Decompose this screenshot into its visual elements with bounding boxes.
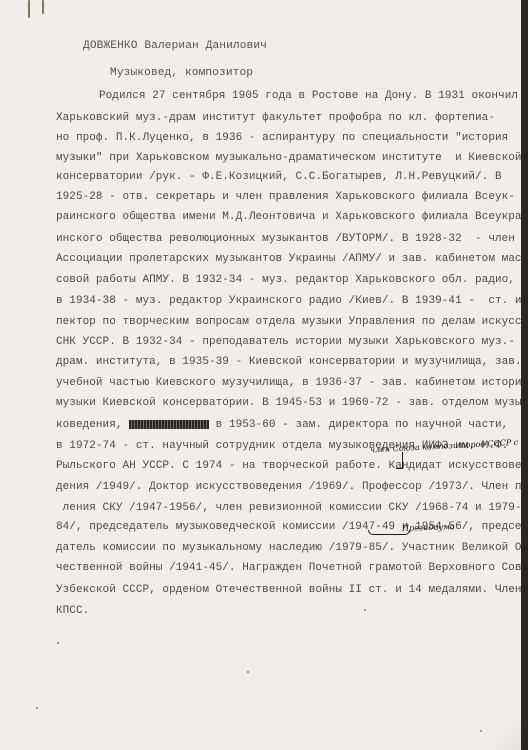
text-line: совой работы АПМУ. В 1932-34 - муз. реда… xyxy=(56,274,515,286)
text-line: раинского общества имени М.Д.Леонтовича … xyxy=(56,211,528,223)
paper-speck xyxy=(480,730,482,732)
text-line: 1925-28 - отв. секретарь и член правлени… xyxy=(56,191,515,203)
paper-speck xyxy=(247,671,249,673)
text-line: дения /1949/. Доктор искусствоведения /1… xyxy=(56,481,528,493)
text-line: 84/, председатель музыковедческой комисс… xyxy=(56,521,528,533)
redacted-text: XXXXXXXXXXXX xyxy=(129,420,209,429)
text-line: коведения, XXXXXXXXXXXX в 1953-60 - зам.… xyxy=(56,419,508,431)
text-line: Узбекской СССР, орденом Отечественной во… xyxy=(56,584,522,596)
scan-edge xyxy=(521,0,528,750)
text-line: инского общества революционных музыканто… xyxy=(56,233,515,245)
insertion-caret-mark xyxy=(396,452,403,469)
text-line: но проф. П.К.Луценко, в 1936 - аспиранту… xyxy=(56,132,508,144)
paper-speck xyxy=(57,642,59,644)
document-page: ДОВЖЕНКО Валериан Данилович Музыковед, к… xyxy=(0,0,521,750)
text-line: консерватории /рук. - Ф.Е.Козицкий, С.С.… xyxy=(56,171,502,183)
text-line: КПСС. xyxy=(56,605,89,617)
text-line: датель комиссии по музыкальному наследию… xyxy=(56,542,528,554)
paper-speck xyxy=(36,707,38,709)
text-line: чественной войны /1941-45/. Награжден По… xyxy=(56,562,528,574)
text-line: музыки Киевской консерватории. В 1945-53… xyxy=(56,397,528,409)
text-line: учебной частью Киевского музучилища, в 1… xyxy=(56,377,528,389)
person-name: ДОВЖЕНКО Валериан Данилович xyxy=(83,40,267,52)
text-line: в 1934-38 - муз. редактор Украинского ра… xyxy=(56,295,528,307)
text-line: Харьковский муз.-драм институт факультет… xyxy=(56,112,495,124)
insertion-bracket-mark xyxy=(368,530,410,535)
text-line: Ассоциации пролетарских музыкантов Украи… xyxy=(56,253,528,265)
paper-stain xyxy=(28,0,30,18)
text-line: музыки" при Харьковском музыкально-драма… xyxy=(56,152,522,164)
text-line: драм. института, в 1935-39 - Киевской ко… xyxy=(56,356,528,368)
paper-stain xyxy=(42,0,44,14)
text-line: Рыльского АН УССР. С 1974 - на творческо… xyxy=(56,460,528,472)
text-line: Родился 27 сентября 1905 года в Ростове … xyxy=(99,90,518,102)
text-line: ления СКУ /1947-1956/, член ревизионной … xyxy=(56,502,522,514)
text-line: СНК УССР. В 1932-34 - преподаватель исто… xyxy=(56,336,515,348)
person-role: Музыковед, композитор xyxy=(110,67,253,79)
text-line: пектор по творческим вопросам отдела муз… xyxy=(56,316,528,328)
paper-speck xyxy=(364,609,366,611)
